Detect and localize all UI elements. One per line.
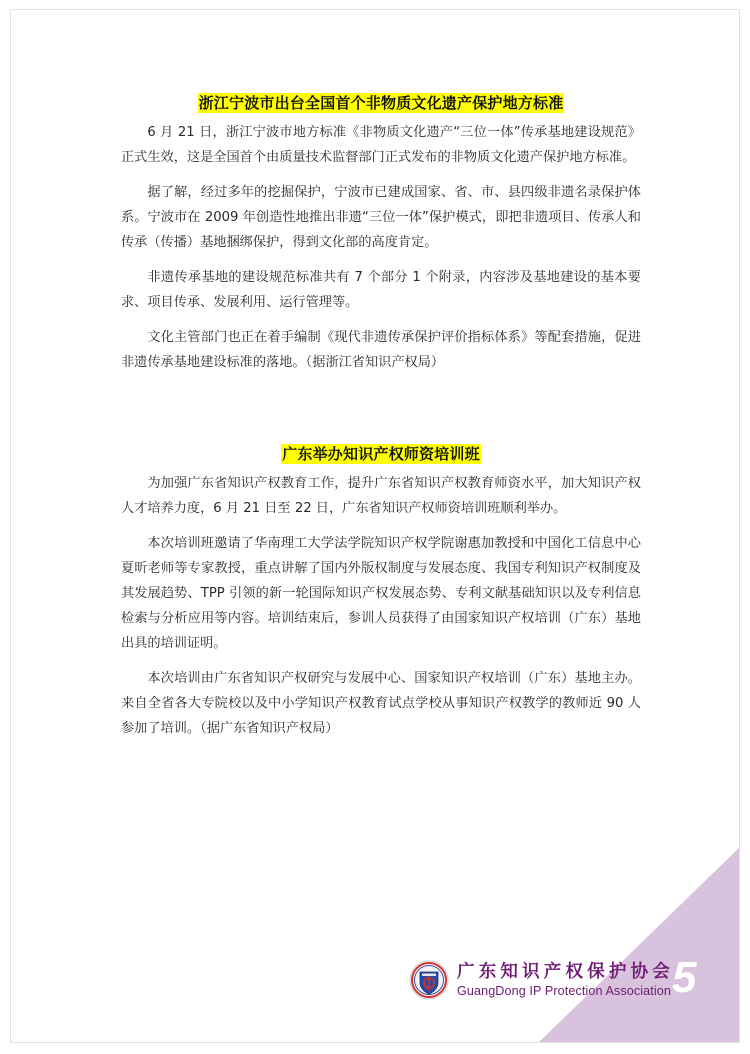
page-number: 5 (672, 955, 696, 1001)
association-name: 广东知识产权保护协会 GuangDong IP Protection Assoc… (457, 961, 674, 999)
association-emblem-icon (409, 960, 449, 1000)
article-ningbo-intangible-heritage: 浙江宁波市出台全国首个非物质文化遗产保护地方标准 6 月 21 日，浙江宁波市地… (121, 87, 641, 385)
document-page: 浙江宁波市出台全国首个非物质文化遗产保护地方标准 6 月 21 日，浙江宁波市地… (10, 9, 740, 1043)
association-name-cn: 广东知识产权保护协会 (457, 961, 674, 983)
article-paragraph: 本次培训班邀请了华南理工大学法学院知识产权学院谢惠加教授和中国化工信息中心夏昕老… (121, 531, 641, 656)
article-headline: 广东举办知识产权师资培训班 (121, 438, 641, 467)
article-guangdong-ip-training: 广东举办知识产权师资培训班 为加强广东省知识产权教育工作，提升广东省知识产权教育… (121, 438, 641, 751)
headline-text: 浙江宁波市出台全国首个非物质文化遗产保护地方标准 (198, 93, 565, 113)
article-paragraph: 非遗传承基地的建设规范标准共有 7 个部分 1 个附录，内容涉及基地建设的基本要… (121, 265, 641, 315)
footer-association-logo: 广东知识产权保护协会 GuangDong IP Protection Assoc… (409, 960, 674, 1000)
article-paragraph: 本次培训由广东省知识产权研究与发展中心、国家知识产权培训（广东）基地主办。来自全… (121, 666, 641, 741)
headline-text: 广东举办知识产权师资培训班 (281, 444, 481, 464)
article-paragraph: 6 月 21 日，浙江宁波市地方标准《非物质文化遗产“三位一体”传承基地建设规范… (121, 120, 641, 170)
article-paragraph: 为加强广东省知识产权教育工作，提升广东省知识产权教育师资水平，加大知识产权人才培… (121, 471, 641, 521)
association-name-en: GuangDong IP Protection Association (457, 983, 674, 999)
article-paragraph: 文化主管部门也正在着手编制《现代非遗传承保护评价指标体系》等配套措施，促进非遗传… (121, 325, 641, 375)
article-headline: 浙江宁波市出台全国首个非物质文化遗产保护地方标准 (121, 87, 641, 116)
article-paragraph: 据了解，经过多年的挖掘保护，宁波市已建成国家、省、市、县四级非遗名录保护体系。宁… (121, 180, 641, 255)
